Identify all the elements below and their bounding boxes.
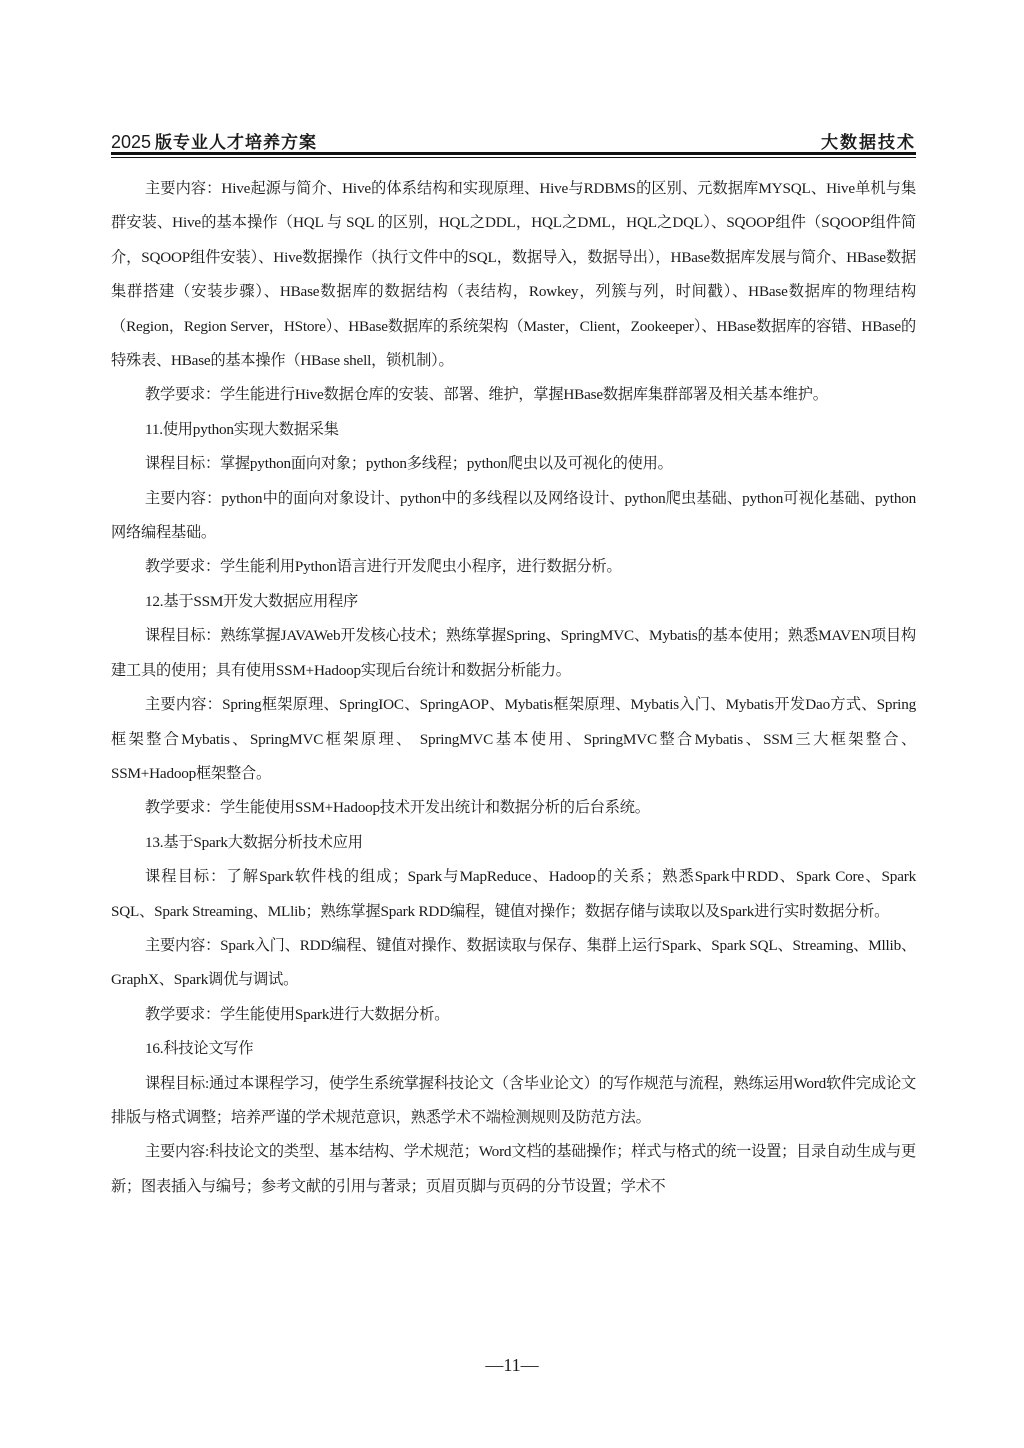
paragraph-course-13-requirements: 教学要求：学生能使用Spark进行大数据分析。 [111, 998, 916, 1032]
paragraph-course-11-requirements: 教学要求：学生能利用Python语言进行开发爬虫小程序，进行数据分析。 [111, 550, 916, 584]
header-major-name: 大数据技术 [821, 128, 916, 153]
paragraph-hive-hbase-content: 主要内容：Hive起源与简介、Hive的体系结构和实现原理、Hive与RDBMS… [111, 172, 916, 378]
course-heading-13: 13.基于Spark大数据分析技术应用 [111, 826, 916, 860]
paragraph-course-12-goals: 课程目标：熟练掌握JAVAWeb开发核心技术；熟练掌握Spring、Spring… [111, 619, 916, 688]
paragraph-course-12-content: 主要内容：Spring框架原理、SpringIOC、SpringAOP、Myba… [111, 688, 916, 791]
course-heading-16: 16.科技论文写作 [111, 1032, 916, 1066]
paragraph-course-16-goals: 课程目标:通过本课程学习，使学生系统掌握科技论文（含毕业论文）的写作规范与流程，… [111, 1067, 916, 1136]
running-header: 2025版专业人才培养方案 大数据技术 [111, 128, 916, 154]
course-heading-12: 12.基于SSM开发大数据应用程序 [111, 585, 916, 619]
paragraph-hive-hbase-requirements: 教学要求：学生能进行Hive数据仓库的安装、部署、维护，掌握HBase数据库集群… [111, 378, 916, 412]
paragraph-course-13-goals: 课程目标：了解Spark软件栈的组成；Spark与MapReduce、Hadoo… [111, 860, 916, 929]
header-title: 版专业人才培养方案 [155, 133, 317, 153]
header-document-title: 2025版专业人才培养方案 [111, 128, 317, 153]
body-content: 主要内容：Hive起源与简介、Hive的体系结构和实现原理、Hive与RDBMS… [111, 172, 916, 1204]
header-rule-thin [111, 157, 916, 158]
header-rule-thick [111, 152, 916, 155]
course-heading-11: 11.使用python实现大数据采集 [111, 413, 916, 447]
page-number: —11— [0, 1355, 1024, 1376]
paragraph-course-11-content: 主要内容：python中的面向对象设计、python中的多线程以及网络设计、py… [111, 482, 916, 551]
paragraph-course-11-goals: 课程目标：掌握python面向对象；python多线程；python爬虫以及可视… [111, 447, 916, 481]
paragraph-course-16-content: 主要内容:科技论文的类型、基本结构、学术规范；Word文档的基础操作；样式与格式… [111, 1135, 916, 1204]
header-year: 2025 [111, 132, 151, 152]
paragraph-course-13-content: 主要内容：Spark入门、RDD编程、键值对操作、数据读取与保存、集群上运行Sp… [111, 929, 916, 998]
paragraph-course-12-requirements: 教学要求：学生能使用SSM+Hadoop技术开发出统计和数据分析的后台系统。 [111, 791, 916, 825]
